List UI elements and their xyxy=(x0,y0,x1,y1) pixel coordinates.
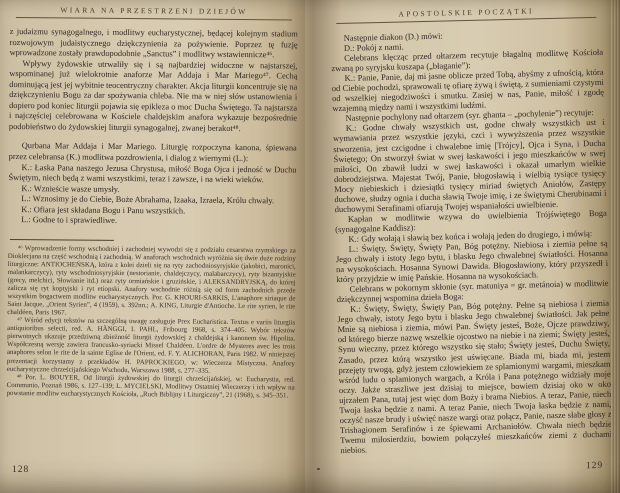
paragraph: Qurbana Mar Addaja i Mar Mariego. Liturg… xyxy=(9,141,297,165)
right-page-content: APOSTOLSKIE POCZĄTKI Następnie diakon (D… xyxy=(330,5,612,455)
dialog-line: L.: Święty, Święty, Święty Pan, Bóg potę… xyxy=(336,238,609,285)
book-spread: WIARA NA PRZESTRZENI DZIEJÓW z judaizmu … xyxy=(0,0,620,493)
left-page-content: WIARA NA PRZESTRZENI DZIEJÓW z judaizmu … xyxy=(7,5,298,400)
footnote: ⁴⁷ Wśród edycji tekstów na szczególną uw… xyxy=(7,317,295,376)
dialog-line: L.: Godne to i sprawiedliwe. xyxy=(8,215,296,228)
footnote: ⁴⁶ Wprowadzenie formy wschodniej i zacho… xyxy=(7,245,296,320)
footnote: ⁴⁸ Por. L. BOUYER, Od liturgii żydowskie… xyxy=(7,374,295,401)
left-running-head: WIARA NA PRZESTRZENI DZIEJÓW xyxy=(16,5,292,20)
paragraph: z judaizmu synagogalnego, i modlitwy euc… xyxy=(10,27,298,61)
left-page-body: z judaizmu synagogalnego, i modlitwy euc… xyxy=(7,27,298,400)
dialog-line: K.: Łaska Pana naszego Jezusa Chrystusa,… xyxy=(8,163,296,187)
dialog-line: K.: Godne chwały wszystkich ust, godne c… xyxy=(333,117,607,214)
page-number-left: 128 xyxy=(12,465,29,475)
footnote-separator-rule xyxy=(10,239,114,241)
ink-speck xyxy=(317,468,320,470)
dialog-line: K.: Panie, Panie, daj mi jasne oblicze p… xyxy=(332,67,605,114)
fore-edge-pages xyxy=(611,0,620,493)
page-number-right: 129 xyxy=(586,461,603,471)
paragraph: Wpływy żydowskie utrwaliły się i są najb… xyxy=(9,59,298,135)
dialog-line: K.: Święty, Święty, Święty Pan, Bóg potę… xyxy=(337,298,612,455)
right-page-body: Następnie diakon (D.) mówi: D.: Pokój z … xyxy=(331,27,613,455)
